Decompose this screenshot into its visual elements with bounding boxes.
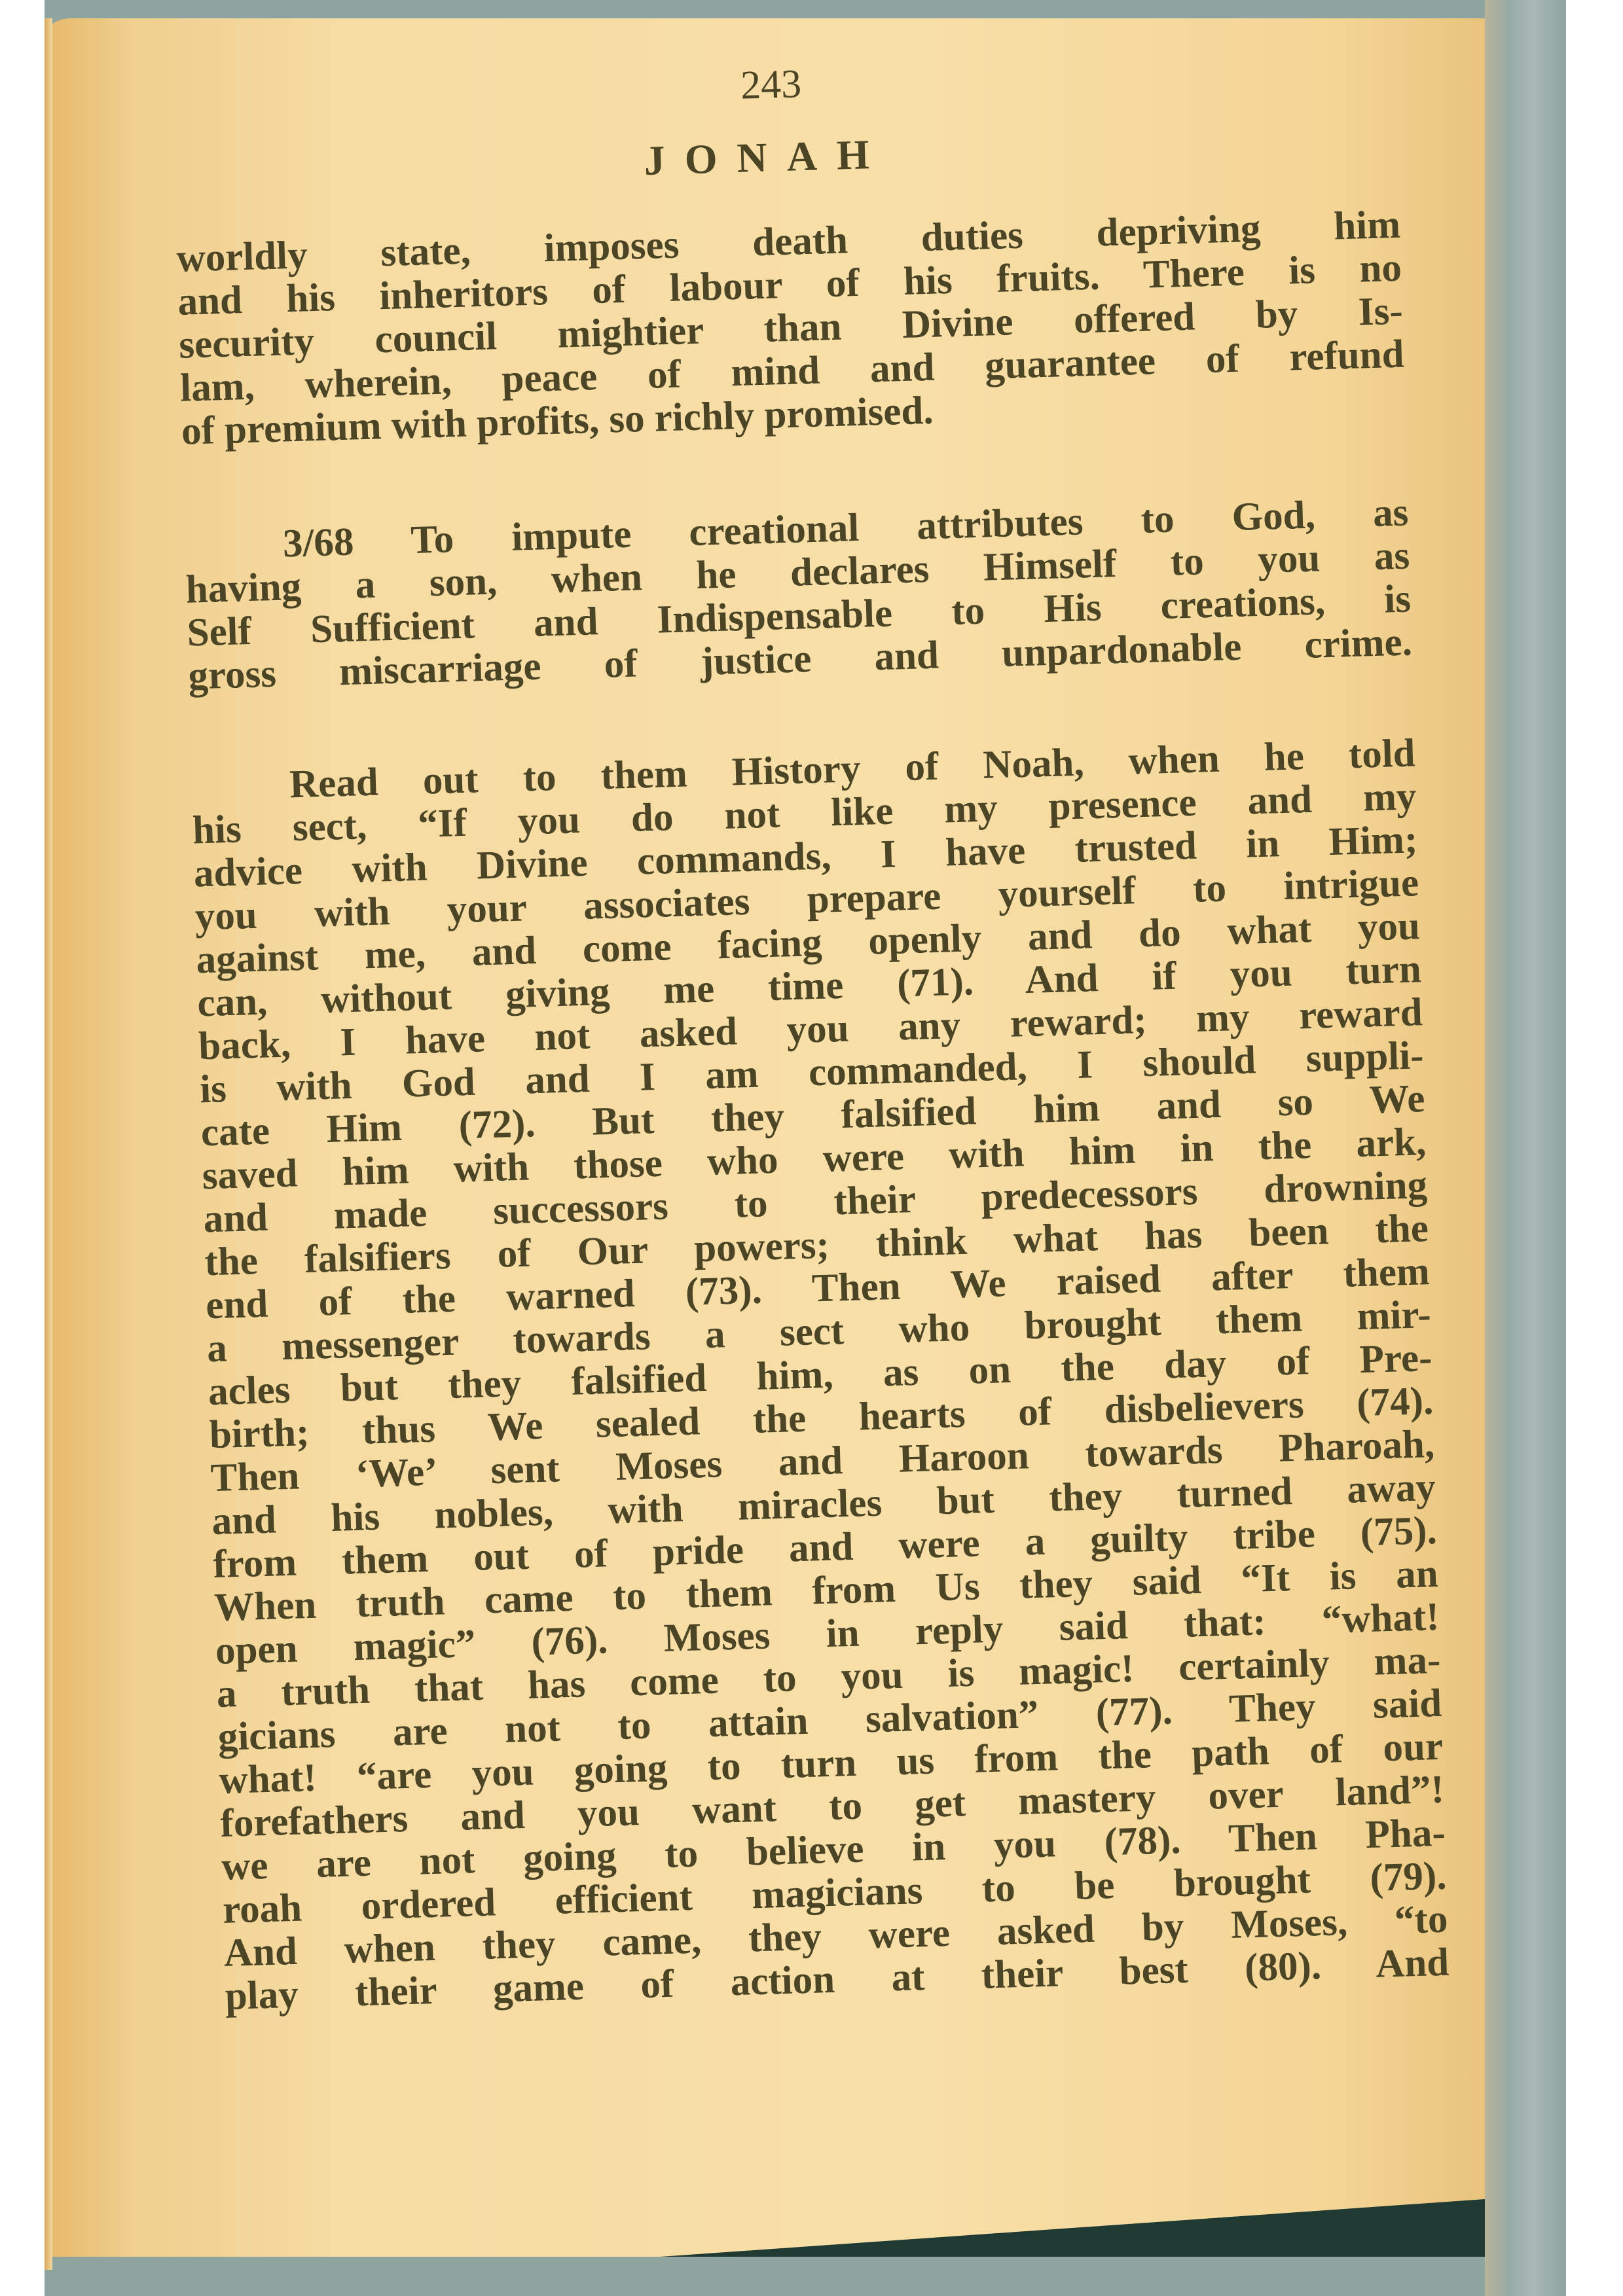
paragraph-note-3-68: 3/68 To impute creational attributes to … xyxy=(184,492,1413,698)
page-content: 243 JONAH worldly state, imposes death d… xyxy=(172,45,1451,2087)
paragraph-body: Read out to them History of Noah, when h… xyxy=(191,732,1450,2018)
chapter-title: JONAH xyxy=(134,116,1398,200)
paragraph-continuation: worldly state, imposes death duties depr… xyxy=(176,204,1406,454)
page-left-edge xyxy=(45,18,52,2270)
book-spine-edge xyxy=(1485,0,1566,2296)
